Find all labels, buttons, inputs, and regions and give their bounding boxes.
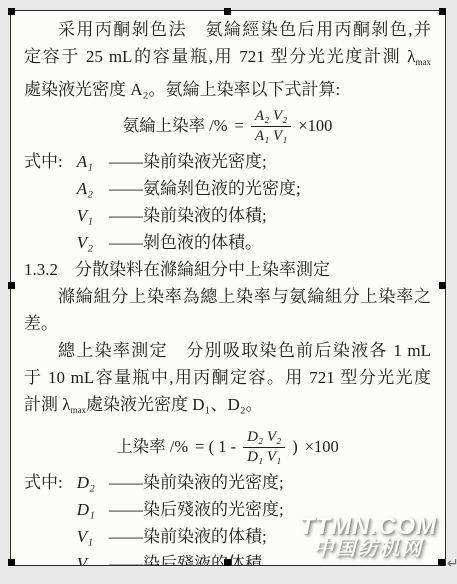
definition-variable: A₁ <box>77 148 109 175</box>
formula-lhs: 上染率 /% <box>116 437 188 457</box>
definition-prefix: 式中: <box>24 148 77 175</box>
definition-text: ——剝色液的体積。 <box>109 233 262 252</box>
definition-variable: D₂ <box>77 469 109 496</box>
fraction: A₂ V₂ A₁ V₁ <box>251 107 292 145</box>
selection-handle-middle-right[interactable] <box>439 282 446 289</box>
definition-row: V₂——剝色液的体積。 <box>24 229 431 256</box>
definition-text: ——染前染液的体積; <box>109 527 267 546</box>
lambda-max-subscript: max <box>71 405 87 415</box>
text-line: 于 10 mL容量瓶中,用丙酮定容。用 721 型分光光度 <box>24 364 431 391</box>
definition-row: A₂——氨綸剝色液的光密度; <box>24 175 431 202</box>
definition-row: D₁——染后殘液的光密度; <box>24 496 431 523</box>
definition-text: ——染后殘液的光密度; <box>109 500 284 519</box>
definition-row: V₁——染前染液的体積; <box>24 202 431 229</box>
selection-handle-top-middle[interactable] <box>224 8 231 15</box>
fraction: D₂ V₂ D₁ V₁ <box>243 428 285 466</box>
definition-text: ——染前染液的光密度; <box>109 473 284 492</box>
formula-multiplier: ×100 <box>305 437 339 457</box>
text-segment: 處染液光密度 D₁、D₂。 <box>86 395 263 414</box>
definition-text: ——染后殘液的体積。 <box>109 554 279 566</box>
fraction-numerator: A₂ V₂ <box>251 107 292 127</box>
definition-text: ——染前染液的体積; <box>109 206 267 225</box>
definition-row: 式中:D₂——染前染液的光密度; <box>24 469 431 496</box>
fraction-denominator: A₁ V₁ <box>251 127 292 145</box>
section-heading: 1.3.2 分散染料在滌綸組分中上染率測定 <box>24 256 431 283</box>
formula-total-uptake: 上染率 /% = ( 1 - D₂ V₂ D₁ V₁ ) ×100 <box>24 424 431 469</box>
formula-close-paren: ) <box>292 437 298 457</box>
paragraph-mark-icon: ↵ <box>447 556 457 572</box>
text-line: 差。 <box>24 310 431 337</box>
text-segment: 計測 λ <box>24 395 71 414</box>
selected-image[interactable]: 采用丙酮剝色法 氨綸經染色后用丙酮剝色,并 定容于 25 mL的容量瓶,用 72… <box>10 10 446 566</box>
text-segment: 定容于 25 mL的容量瓶,用 721 型分光光度計測 λ <box>24 47 416 66</box>
definition-variable: V₂ <box>77 550 109 566</box>
selection-handle-top-left[interactable] <box>8 8 15 15</box>
formula-lhs: 氨綸上染率 /% <box>123 116 228 136</box>
lambda-max-subscript: max <box>416 57 432 67</box>
definition-prefix: 式中: <box>24 469 77 496</box>
definition-row: V₁——染前染液的体積; <box>24 523 431 550</box>
text-line: 總上染率測定 分別吸取染色前后染液各 1 mL <box>24 337 431 364</box>
editor-canvas: 采用丙酮剝色法 氨綸經染色后用丙酮剝色,并 定容于 25 mL的容量瓶,用 72… <box>0 0 457 584</box>
formula-multiplier: ×100 <box>298 116 332 136</box>
definition-text: ——染前染液光密度; <box>109 152 267 171</box>
definition-variable: V₁ <box>77 523 109 550</box>
definition-row: 式中:A₁——染前染液光密度; <box>24 148 431 175</box>
text-line: 定容于 25 mL的容量瓶,用 721 型分光光度計測 λmax <box>24 43 431 76</box>
fraction-numerator: D₂ V₂ <box>243 428 285 448</box>
selection-handle-bottom-left[interactable] <box>8 559 15 566</box>
selection-handle-middle-left[interactable] <box>8 282 15 289</box>
text-line: 滌綸組分上染率為總上染率与氨綸組分上染率之 <box>24 283 431 310</box>
formula-equals: = <box>235 116 244 136</box>
definition-variable: V₂ <box>77 229 109 256</box>
formula-spandex-uptake: 氨綸上染率 /% = A₂ V₂ A₁ V₁ ×100 <box>24 103 431 148</box>
formula-equals: = ( 1 - <box>195 437 236 457</box>
text-line: 采用丙酮剝色法 氨綸經染色后用丙酮剝色,并 <box>24 16 431 43</box>
definition-variable: A₂ <box>77 175 109 202</box>
definition-variable: D₁ <box>77 496 109 523</box>
selection-handle-top-right[interactable] <box>439 8 446 15</box>
fraction-denominator: D₁ V₁ <box>243 448 285 466</box>
definition-variable: V₁ <box>77 202 109 229</box>
selection-handle-bottom-middle[interactable] <box>224 559 231 566</box>
text-line: 計測 λmax處染液光密度 D₁、D₂。 <box>24 391 431 424</box>
text-line: 處染液光密度 A₂。氨綸上染率以下式計算: <box>24 76 431 103</box>
selection-handle-bottom-right[interactable] <box>438 559 445 566</box>
definition-text: ——氨綸剝色液的光密度; <box>109 179 301 198</box>
